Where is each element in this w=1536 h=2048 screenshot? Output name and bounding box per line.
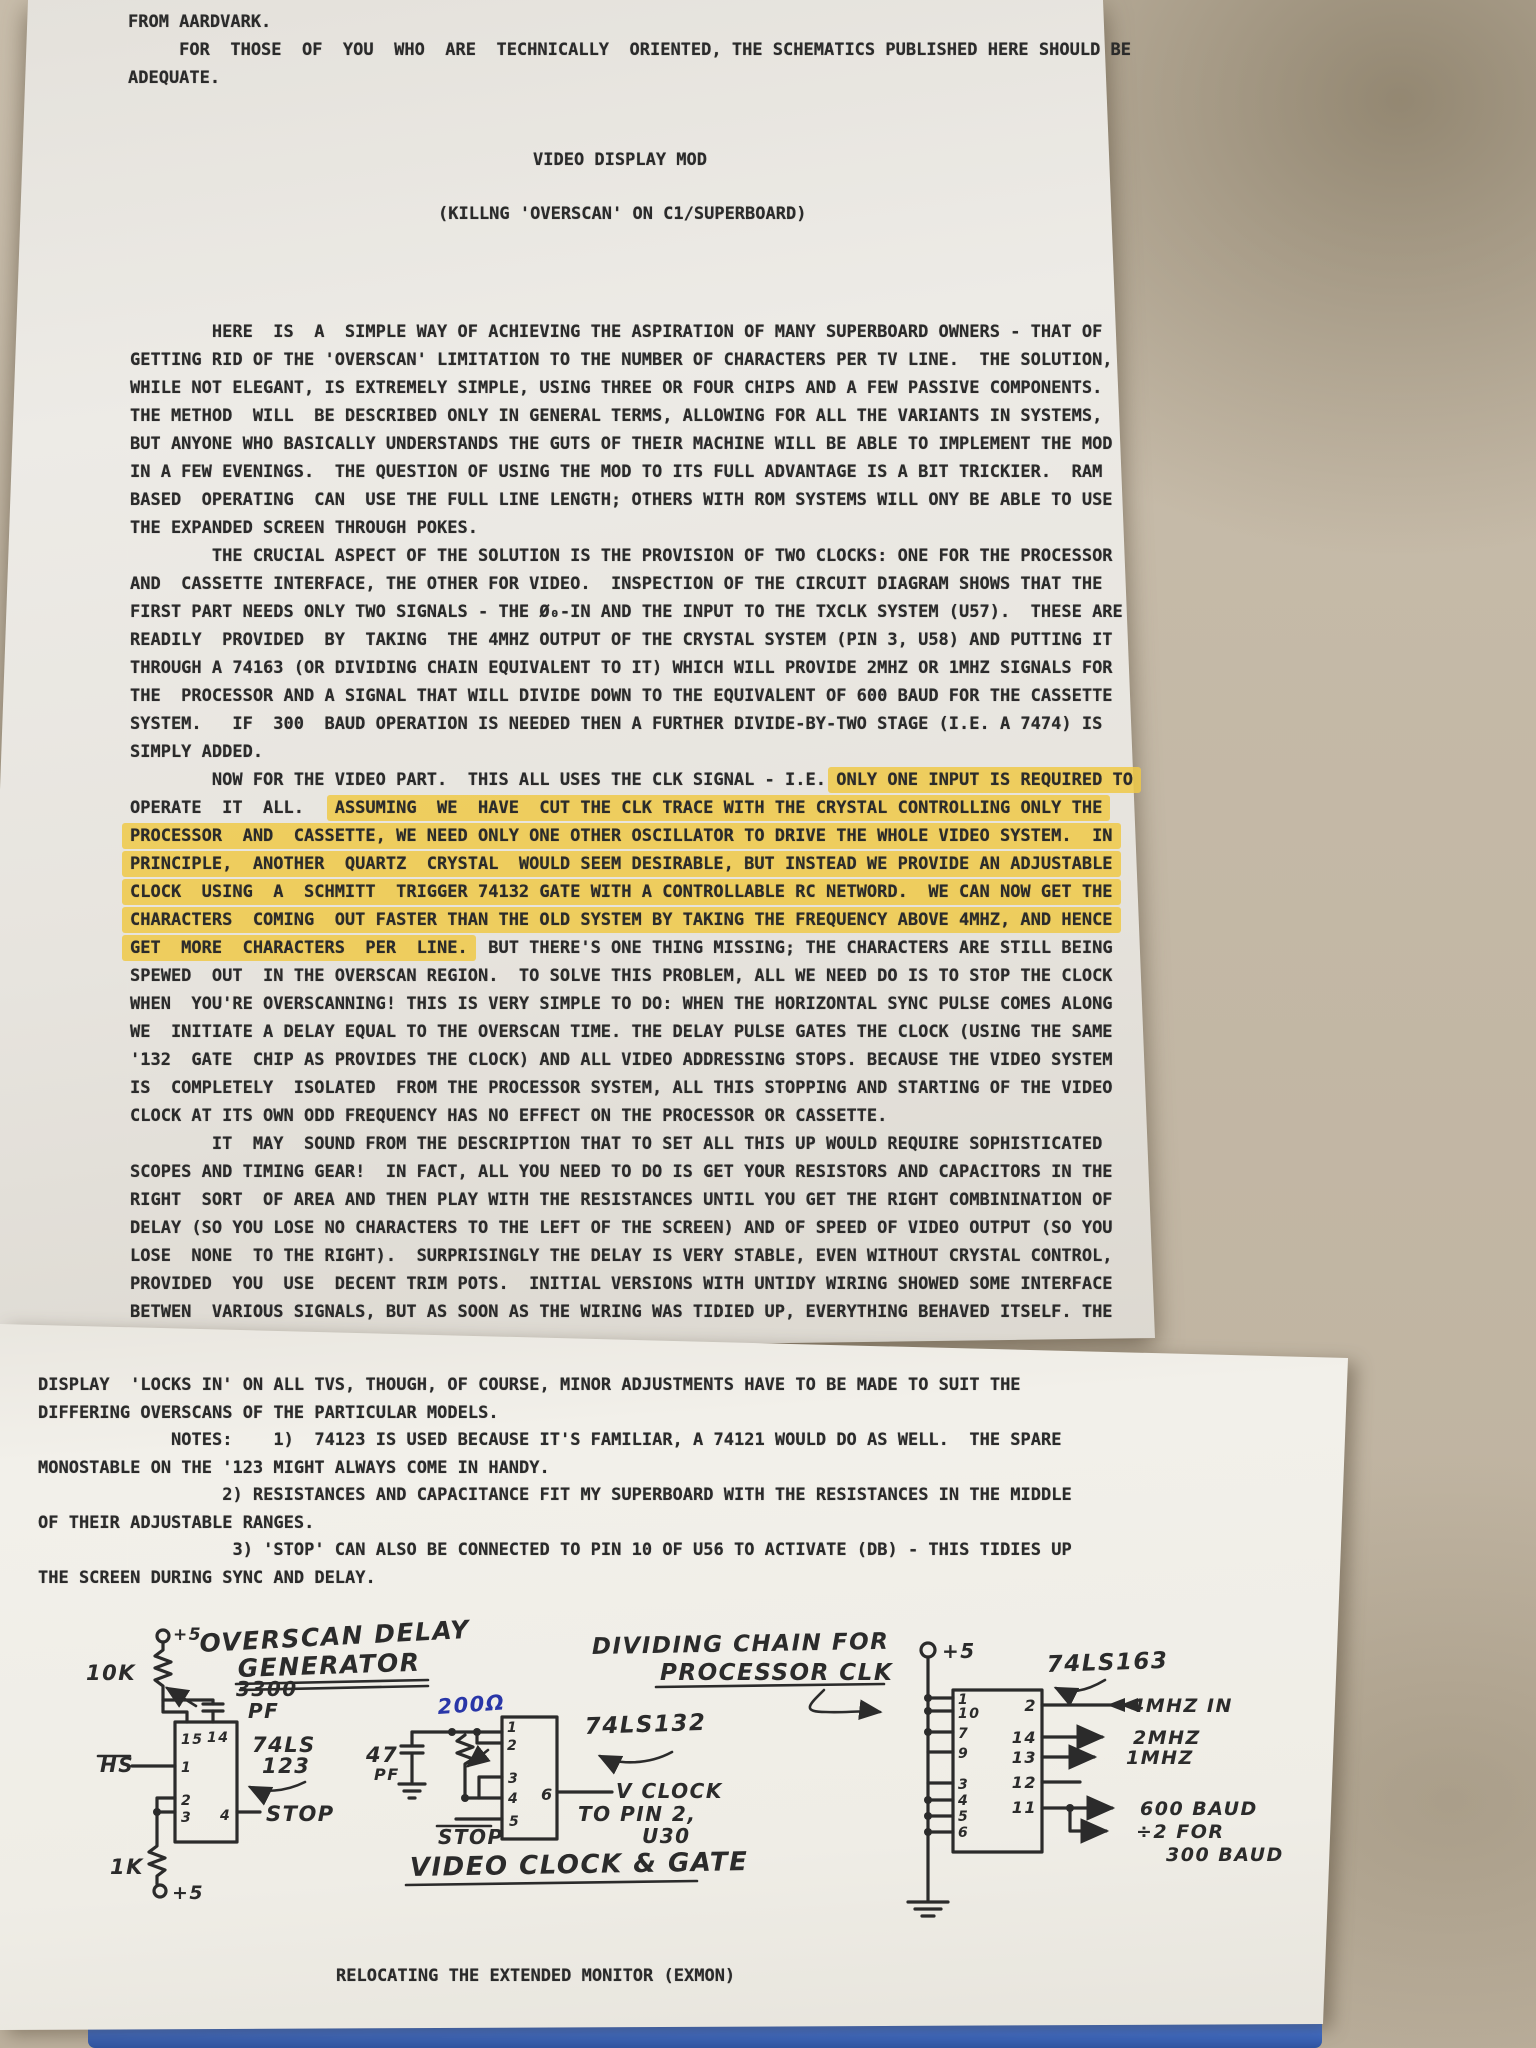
- text-line: THE METHOD WILL BE DESCRIBED ONLY IN GEN…: [130, 402, 1133, 430]
- junction-dot: [924, 1796, 932, 1804]
- junction-dot: [924, 1707, 932, 1715]
- pin-label: 6: [541, 1785, 554, 1804]
- diagram-video-clock-gate: 200Ω 47 PF 1 2 3 4 5 6 STOP 74LS132: [365, 1690, 749, 1885]
- text-line: DELAY (SO YOU LOSE NO CHARACTERS TO THE …: [130, 1214, 1133, 1242]
- vcc-terminal: [154, 1885, 166, 1897]
- pin-label: 9: [958, 1746, 969, 1762]
- pin-label: 1: [181, 1760, 192, 1776]
- pin-label: 1: [507, 1720, 518, 1736]
- text-line: LOSE NONE TO THE RIGHT). SURPRISINGLY TH…: [130, 1242, 1133, 1270]
- junction-dot: [153, 1808, 161, 1816]
- out-300baud-label: 300 BAUD: [1166, 1844, 1284, 1866]
- pin-label: 2: [507, 1738, 518, 1754]
- vcc-label: +5: [172, 1882, 204, 1904]
- text-line: PROVIDED YOU USE DECENT TRIM POTS. INITI…: [130, 1270, 1133, 1298]
- junction-dot: [924, 1812, 932, 1820]
- text-line: SCOPES AND TIMING GEAR! IN FACT, ALL YOU…: [130, 1158, 1133, 1186]
- pin-label: 2: [1024, 1696, 1037, 1715]
- junction-dot: [924, 1694, 932, 1702]
- ic-pointer-arrow: [250, 1782, 305, 1791]
- cap-value: 47: [365, 1743, 398, 1767]
- text-line: RIGHT SORT OF AREA AND THEN PLAY WITH TH…: [130, 1186, 1133, 1214]
- text-line: FIRST PART NEEDS ONLY TWO SIGNALS - THE …: [130, 598, 1133, 626]
- vclock-label-line1: V CLOCK: [616, 1779, 723, 1803]
- wire: [1070, 1808, 1106, 1831]
- clock-in-label: 4MHZ IN: [1130, 1695, 1233, 1717]
- pin-label: 14: [1012, 1728, 1037, 1747]
- text-line: OPERATE IT ALL. ASSUMING WE HAVE CUT THE…: [130, 794, 1133, 822]
- stop-output-label: STOP: [266, 1802, 335, 1826]
- junction-dot: [924, 1728, 932, 1736]
- wire: [163, 1706, 187, 1722]
- ic-label: 74LS132: [584, 1710, 707, 1740]
- text-line: DISPLAY 'LOCKS IN' ON ALL TVS, THOUGH, O…: [38, 1372, 1072, 1400]
- pin-label: 2: [181, 1793, 192, 1809]
- text-line: THE CRUCIAL ASPECT OF THE SOLUTION IS TH…: [130, 542, 1133, 570]
- text-line: WE INITIATE A DELAY EQUAL TO THE OVERSCA…: [130, 1018, 1133, 1046]
- pin-label: 7: [958, 1726, 969, 1742]
- junction-dot: [924, 1828, 932, 1836]
- text-line: IS COMPLETELY ISOLATED FROM THE PROCESSO…: [130, 1074, 1133, 1102]
- junction-dot: [448, 1728, 456, 1736]
- text-line: BETWEN VARIOUS SIGNALS, BUT AS SOON AS T…: [130, 1298, 1133, 1326]
- text-line: ADEQUATE.: [128, 64, 1131, 92]
- pin-label: 13: [1012, 1748, 1037, 1767]
- text-line: WHEN YOU'RE OVERSCANNING! THIS IS VERY S…: [130, 990, 1133, 1018]
- capacitor-47pf: [401, 1732, 423, 1782]
- pot-value-blue: 200Ω: [437, 1690, 506, 1719]
- text-line: IT MAY SOUND FROM THE DESCRIPTION THAT T…: [130, 1130, 1133, 1158]
- text-line: GETTING RID OF THE 'OVERSCAN' LIMITATION…: [130, 346, 1133, 374]
- vcc-label: +5: [173, 1625, 202, 1645]
- text-line: CLOCK AT ITS OWN ODD FREQUENCY HAS NO EF…: [130, 1102, 1133, 1130]
- highlighted-text: ONLY ONE INPUT IS REQUIRED TO: [828, 767, 1141, 793]
- text-line: '132 GATE CHIP AS PROVIDES THE CLOCK) AN…: [130, 1046, 1133, 1074]
- resistor-1k: [149, 1798, 175, 1884]
- resistor-1k-label: 1K: [110, 1855, 144, 1879]
- page-subtitle: (KILLNG 'OVERSCAN' ON C1/SUPERBOARD): [438, 200, 806, 228]
- text-line: NOTES: 1) 74123 IS USED BECAUSE IT'S FAM…: [38, 1427, 1072, 1455]
- pin-stubs: [928, 1698, 953, 1832]
- text-line: MONOSTABLE ON THE '123 MIGHT ALWAYS COME…: [38, 1455, 1072, 1483]
- text-line: READILY PROVIDED BY TAKING THE 4MHZ OUTP…: [130, 626, 1133, 654]
- page-title: VIDEO DISPLAY MOD: [533, 146, 707, 174]
- cap-value: 3300: [236, 1677, 298, 1701]
- ic-pointer-arrow: [600, 1752, 672, 1762]
- cap-units: PF: [374, 1765, 400, 1784]
- pin-label: 15: [181, 1732, 203, 1748]
- out-600baud-label: 600 BAUD: [1140, 1798, 1258, 1820]
- stop-input-label: STOP: [438, 1825, 504, 1849]
- pin-label: 3: [958, 1777, 969, 1793]
- pin-label: 12: [1012, 1773, 1037, 1792]
- diagram3-title-line1: DIVIDING CHAIN FOR: [592, 1629, 890, 1660]
- text-line: IN A FEW EVENINGS. THE QUESTION OF USING…: [130, 458, 1133, 486]
- pin-label: 5: [509, 1814, 520, 1830]
- pin-label: 3: [508, 1771, 519, 1787]
- ic-label: 74LS163: [1046, 1648, 1169, 1678]
- text-line: BASED OPERATING CAN USE THE FULL LINE LE…: [130, 486, 1133, 514]
- text-line: 2) RESISTANCES AND CAPACITANCE FIT MY SU…: [38, 1482, 1072, 1510]
- text-line: 3) 'STOP' CAN ALSO BE CONNECTED TO PIN 1…: [38, 1537, 1072, 1565]
- diagram3-title-line2: PROCESSOR CLK: [660, 1660, 894, 1686]
- resistor-10k-label: 10K: [86, 1661, 136, 1685]
- page-2-body-text: DISPLAY 'LOCKS IN' ON ALL TVS, THOUGH, O…: [38, 1372, 1072, 1592]
- text-line: THE PROCESSOR AND A SIGNAL THAT WILL DIV…: [130, 682, 1133, 710]
- pin-label: 4: [507, 1791, 519, 1807]
- highlighted-text: ASSUMING WE HAVE CUT THE CLK TRACE WITH …: [327, 795, 1111, 821]
- text-line: AND CASSETTE INTERFACE, THE OTHER FOR VI…: [130, 570, 1133, 598]
- text-line: FOR THOSE OF YOU WHO ARE TECHNICALLY ORI…: [128, 36, 1131, 64]
- wire: [479, 1777, 502, 1798]
- text-line: FROM AARDVARK.: [128, 8, 1131, 36]
- vcc-label: +5: [942, 1639, 976, 1663]
- ground-symbol: [908, 1902, 948, 1916]
- out-1mhz-label: 1MHZ: [1126, 1747, 1194, 1769]
- vclock-label-line3: U30: [642, 1824, 691, 1848]
- diagram2-title: VIDEO CLOCK & GATE: [410, 1847, 749, 1883]
- highlighted-text: CHARACTERS COMING OUT FASTER THAN THE OL…: [122, 907, 1121, 933]
- cap-units: PF: [248, 1699, 279, 1723]
- pin-label: 10: [958, 1706, 980, 1722]
- vcc-terminal: [157, 1630, 169, 1642]
- div2-label: ÷2 FOR: [1136, 1821, 1225, 1843]
- page-1-body-text: HERE IS A SIMPLE WAY OF ACHIEVING THE AS…: [130, 318, 1133, 1326]
- text-line: PRINCIPLE, ANOTHER QUARTZ CRYSTAL WOULD …: [130, 850, 1133, 878]
- pin-label: 3: [181, 1810, 192, 1826]
- pin-label: 4: [957, 1793, 969, 1809]
- pin-label: 4: [219, 1808, 231, 1824]
- title-pointer-arrow: [810, 1690, 880, 1712]
- vclock-label-line2: TO PIN 2,: [578, 1802, 696, 1826]
- trimpot-wiper-arrow: [167, 1688, 196, 1706]
- text-line: CLOCK USING A SCHMITT TRIGGER 74132 GATE…: [130, 878, 1133, 906]
- text-line: BUT ANYONE WHO BASICALLY UNDERSTANDS THE…: [130, 430, 1133, 458]
- ic-pointer-arrow: [1056, 1680, 1105, 1691]
- text-line: THE EXPANDED SCREEN THROUGH POKES.: [130, 514, 1133, 542]
- document-header: FROM AARDVARK. FOR THOSE OF YOU WHO ARE …: [128, 8, 1131, 92]
- text-line: NOW FOR THE VIDEO PART. THIS ALL USES TH…: [130, 766, 1133, 794]
- text-line: DIFFERING OVERSCANS OF THE PARTICULAR MO…: [38, 1400, 1072, 1428]
- highlighted-text: PROCESSOR AND CASSETTE, WE NEED ONLY ONE…: [122, 823, 1121, 849]
- highlighted-text: PRINCIPLE, ANOTHER QUARTZ CRYSTAL WOULD …: [122, 851, 1121, 877]
- text-line: PROCESSOR AND CASSETTE, WE NEED ONLY ONE…: [130, 822, 1133, 850]
- out-2mhz-label: 2MHZ: [1133, 1727, 1201, 1749]
- highlighted-text: GET MORE CHARACTERS PER LINE.: [122, 935, 476, 961]
- vcc-terminal: [921, 1643, 935, 1657]
- wire: [477, 1732, 502, 1743]
- text-line: WHILE NOT ELEGANT, IS EXTREMELY SIMPLE, …: [130, 374, 1133, 402]
- text-line: SIMPLY ADDED.: [130, 738, 1133, 766]
- highlighted-text: CLOCK USING A SCHMITT TRIGGER 74132 GATE…: [122, 879, 1121, 905]
- text-line: HERE IS A SIMPLE WAY OF ACHIEVING THE AS…: [130, 318, 1133, 346]
- text-line: OF THEIR ADJUSTABLE RANGES.: [38, 1510, 1072, 1538]
- resistor-10k: [155, 1642, 171, 1706]
- text-line: CHARACTERS COMING OUT FASTER THAN THE OL…: [130, 906, 1133, 934]
- ground-symbol: [399, 1784, 425, 1798]
- text-line: SPEWED OUT IN THE OVERSCAN REGION. TO SO…: [130, 962, 1133, 990]
- photo-background: FROM AARDVARK. FOR THOSE OF YOU WHO ARE …: [0, 0, 1536, 2048]
- pin-label: 11: [1012, 1798, 1037, 1817]
- text-line: THROUGH A 74163 (OR DIVIDING CHAIN EQUIV…: [130, 654, 1133, 682]
- ic-label-line2: 123: [262, 1754, 310, 1778]
- text-line: GET MORE CHARACTERS PER LINE. BUT THERE'…: [130, 934, 1133, 962]
- pin-label: 5: [958, 1809, 969, 1825]
- pin-label: 6: [958, 1825, 969, 1841]
- schematics-figure: OVERSCAN DELAY GENERATOR +5 10K 3300 PF …: [0, 1600, 1536, 2048]
- junction-dot: [461, 1794, 469, 1802]
- text-line: SYSTEM. IF 300 BAUD OPERATION IS NEEDED …: [130, 710, 1133, 738]
- text-line: THE SCREEN DURING SYNC AND DELAY.: [38, 1565, 1072, 1593]
- pin-label: 14: [207, 1730, 229, 1746]
